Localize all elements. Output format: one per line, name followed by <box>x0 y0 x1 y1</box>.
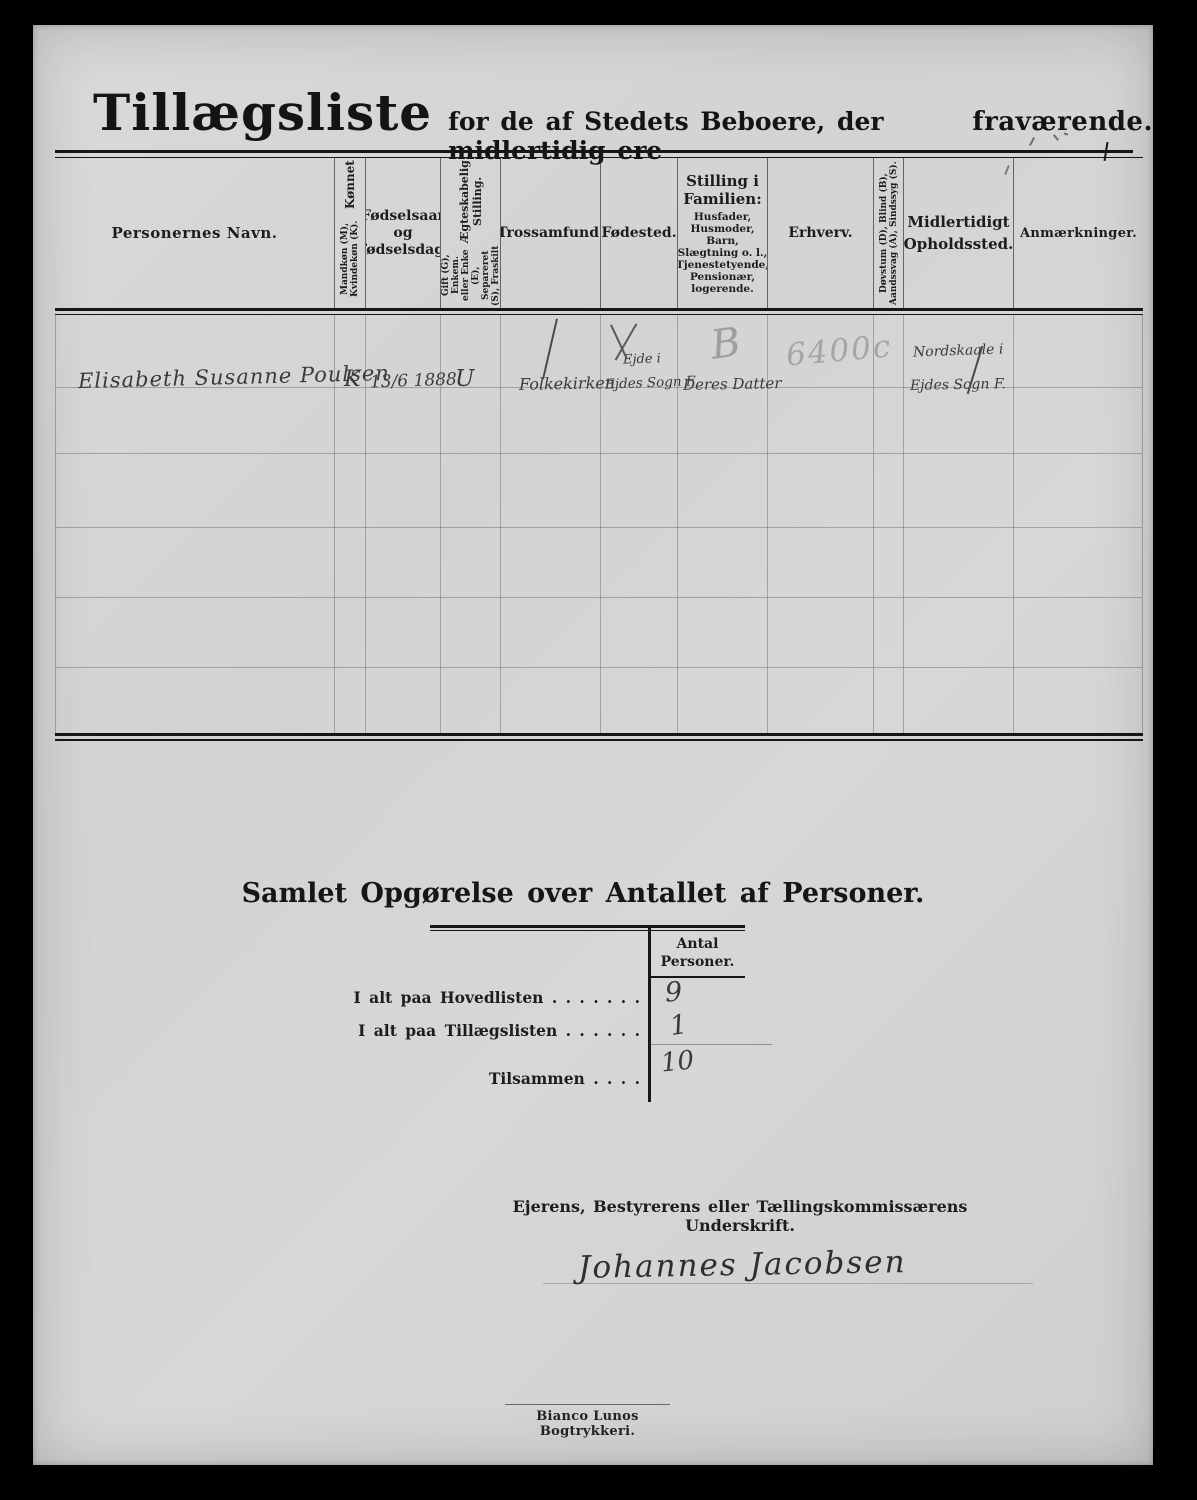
printer-imprint: Bianco Lunos Bogtrykkeri. <box>495 1409 680 1439</box>
summary-column-header-line1: Antal <box>650 935 745 953</box>
summary-total-label: Tilsammen . . . . <box>489 1069 640 1088</box>
signature-label: Ejerens, Bestyrerens eller Tællingskommi… <box>490 1197 990 1235</box>
summary-row2-label: I alt paa Tillægslisten . . . . . . <box>358 1021 640 1040</box>
entry-marital: U <box>455 366 474 392</box>
page-title-emphasis: fraværende. <box>972 107 1153 137</box>
table-bottom-rule-thick <box>55 733 1143 736</box>
column-header-birthplace: Fødested. <box>600 158 677 308</box>
column-label: Døvstum (D), Blind (B), Aandssvag (A), S… <box>879 160 899 306</box>
entry-residence-line1: Nordskaale i <box>913 341 1004 360</box>
column-header-sex: Mandkøn (M), Kvindekøn (K). Kønnet <box>334 158 365 308</box>
column-header-remarks: Anmærkninger. <box>1013 158 1143 308</box>
table-grid-line <box>873 315 874 733</box>
header-bottom-rule-thin <box>55 314 1143 315</box>
table-grid-line <box>500 315 501 733</box>
column-label: Kønnet <box>343 160 357 209</box>
column-header-religion: Trossamfund. <box>500 158 600 308</box>
table-row-line <box>55 527 1142 528</box>
table-grid-line <box>1013 315 1014 733</box>
column-label: Anmærkninger. <box>1020 226 1137 241</box>
column-header-name: Personernes Navn. <box>55 158 334 308</box>
column-sublabel: Mandkøn (M), Kvindekøn (K). <box>340 211 360 306</box>
column-label: Fødested. <box>601 225 676 242</box>
page-title: Tillægsliste for de af Stedets Beboere, … <box>93 83 1153 165</box>
column-label: Fødselsaar og Fødselsdag. <box>365 208 440 259</box>
column-header-temporary-residence: Midlertidigt Opholdssted. <box>903 158 1013 308</box>
summary-title-rule-thin <box>430 930 745 931</box>
column-header-family-position: Stilling i Familien: Husfader, Husmoder,… <box>677 158 767 308</box>
table-grid-line <box>1142 315 1143 733</box>
column-label: Midlertidigt Opholdssted. <box>904 211 1013 255</box>
table-row-line <box>55 667 1142 668</box>
signature-handwritten: Johannes Jacobsen <box>578 1244 907 1286</box>
entry-birthplace-line1: Ejde i <box>623 351 661 367</box>
table-grid-line <box>903 315 904 733</box>
column-sublabel: Husfader, Husmoder, Barn, Slægtning o. l… <box>677 211 767 295</box>
column-sublabel: Ugift (U), Gift (G), Enkem. eller Enke (… <box>440 245 500 306</box>
page-title-main: Tillægsliste <box>93 83 432 142</box>
table-grid-line <box>55 315 56 733</box>
slash-mark <box>542 319 558 380</box>
column-label: Ægteskabelig Stilling. <box>458 160 484 243</box>
summary-column-header: Antal Personer. <box>650 935 745 971</box>
column-header-birthdate: Fødselsaar og Fødselsdag. <box>365 158 440 308</box>
summary-row1-value: 9 <box>664 976 683 1008</box>
column-label: Personernes Navn. <box>111 224 277 242</box>
summary-total-value: 10 <box>660 1045 696 1078</box>
entry-residence-line2: Ejdes Sogn F. <box>910 376 1006 394</box>
summary-row2-value: 1 <box>668 1009 689 1042</box>
summary-title-rule-thick <box>430 925 745 928</box>
printer-rule <box>505 1404 670 1405</box>
column-label: Erhverv. <box>788 225 852 242</box>
table-row-line <box>55 597 1142 598</box>
page-title-rest: for de af Stedets Beboere, der midlertid… <box>448 107 956 165</box>
summary-title: Samlet Opgørelse over Antallet af Person… <box>133 878 1033 909</box>
entry-sex: K <box>344 367 360 392</box>
summary-column-header-line2: Personer. <box>650 953 745 971</box>
column-label: Stilling i Familien: <box>680 172 765 208</box>
table-header-row: Personernes Navn. Mandkøn (M), Kvindekøn… <box>55 158 1143 308</box>
entry-family-position: Deres Datter <box>683 374 782 394</box>
column-header-occupation: Erhverv. <box>767 158 873 308</box>
table-bottom-rule-thin <box>55 739 1143 741</box>
summary-row1-label: I alt paa Hovedlisten . . . . . . . <box>354 988 640 1007</box>
header-bottom-rule-thick <box>55 308 1143 311</box>
entry-religion: Folkekirken <box>519 373 615 394</box>
entry-pencil-letter: B <box>708 319 744 369</box>
summary-sum-line <box>650 1044 772 1045</box>
entry-birthdate: 13/6 1888 <box>370 369 457 392</box>
column-header-marital: Ugift (U), Gift (G), Enkem. eller Enke (… <box>440 158 500 308</box>
entry-pencil-number: 6400c <box>785 328 894 373</box>
column-label: Trossamfund. <box>500 225 600 242</box>
table-row-line <box>55 453 1142 454</box>
scanned-census-page: Tillægsliste for de af Stedets Beboere, … <box>33 25 1153 1465</box>
column-header-disability: Døvstum (D), Blind (B), Aandssvag (A), S… <box>873 158 903 308</box>
